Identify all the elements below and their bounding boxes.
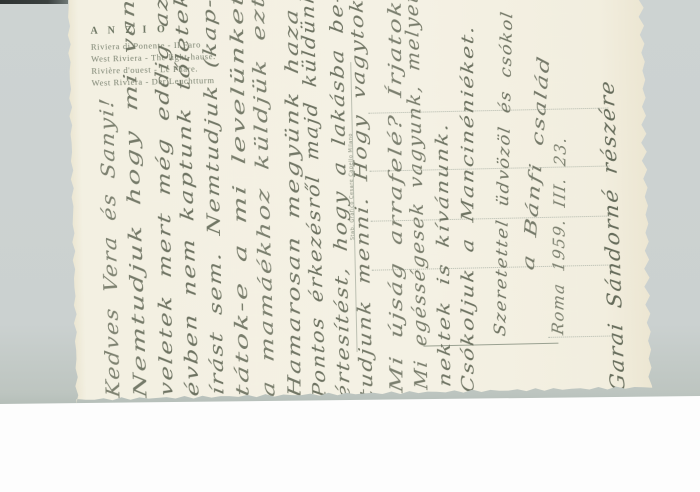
handwriting-line: Csókoljuk a Mancinéniéket. bbox=[458, 23, 478, 394]
postcard: A N Z I O Riviera di Ponente - Il FaroWe… bbox=[63, 0, 652, 404]
handwriting-line: Kedves Vera és Sanyi! bbox=[96, 96, 125, 399]
handwriting-line: nektek is kívánunk. bbox=[432, 120, 455, 388]
scanned-postcard-image: A N Z I O Riviera di Ponente - Il FaroWe… bbox=[0, 0, 700, 492]
handwriting-line: Szeretettel üdvözöl és csókol bbox=[490, 9, 516, 338]
recipient-address-line: Garai Sándorné részére bbox=[594, 78, 629, 392]
postcard-surface: A N Z I O Riviera di Ponente - Il FaroWe… bbox=[63, 0, 652, 404]
handwriting-line: írást sem. Nemtudjuk (kap- bbox=[199, 0, 229, 396]
scanner-edge-strip bbox=[0, 0, 68, 4]
handwriting-line: Roma 1959. III. 23. bbox=[548, 134, 570, 336]
